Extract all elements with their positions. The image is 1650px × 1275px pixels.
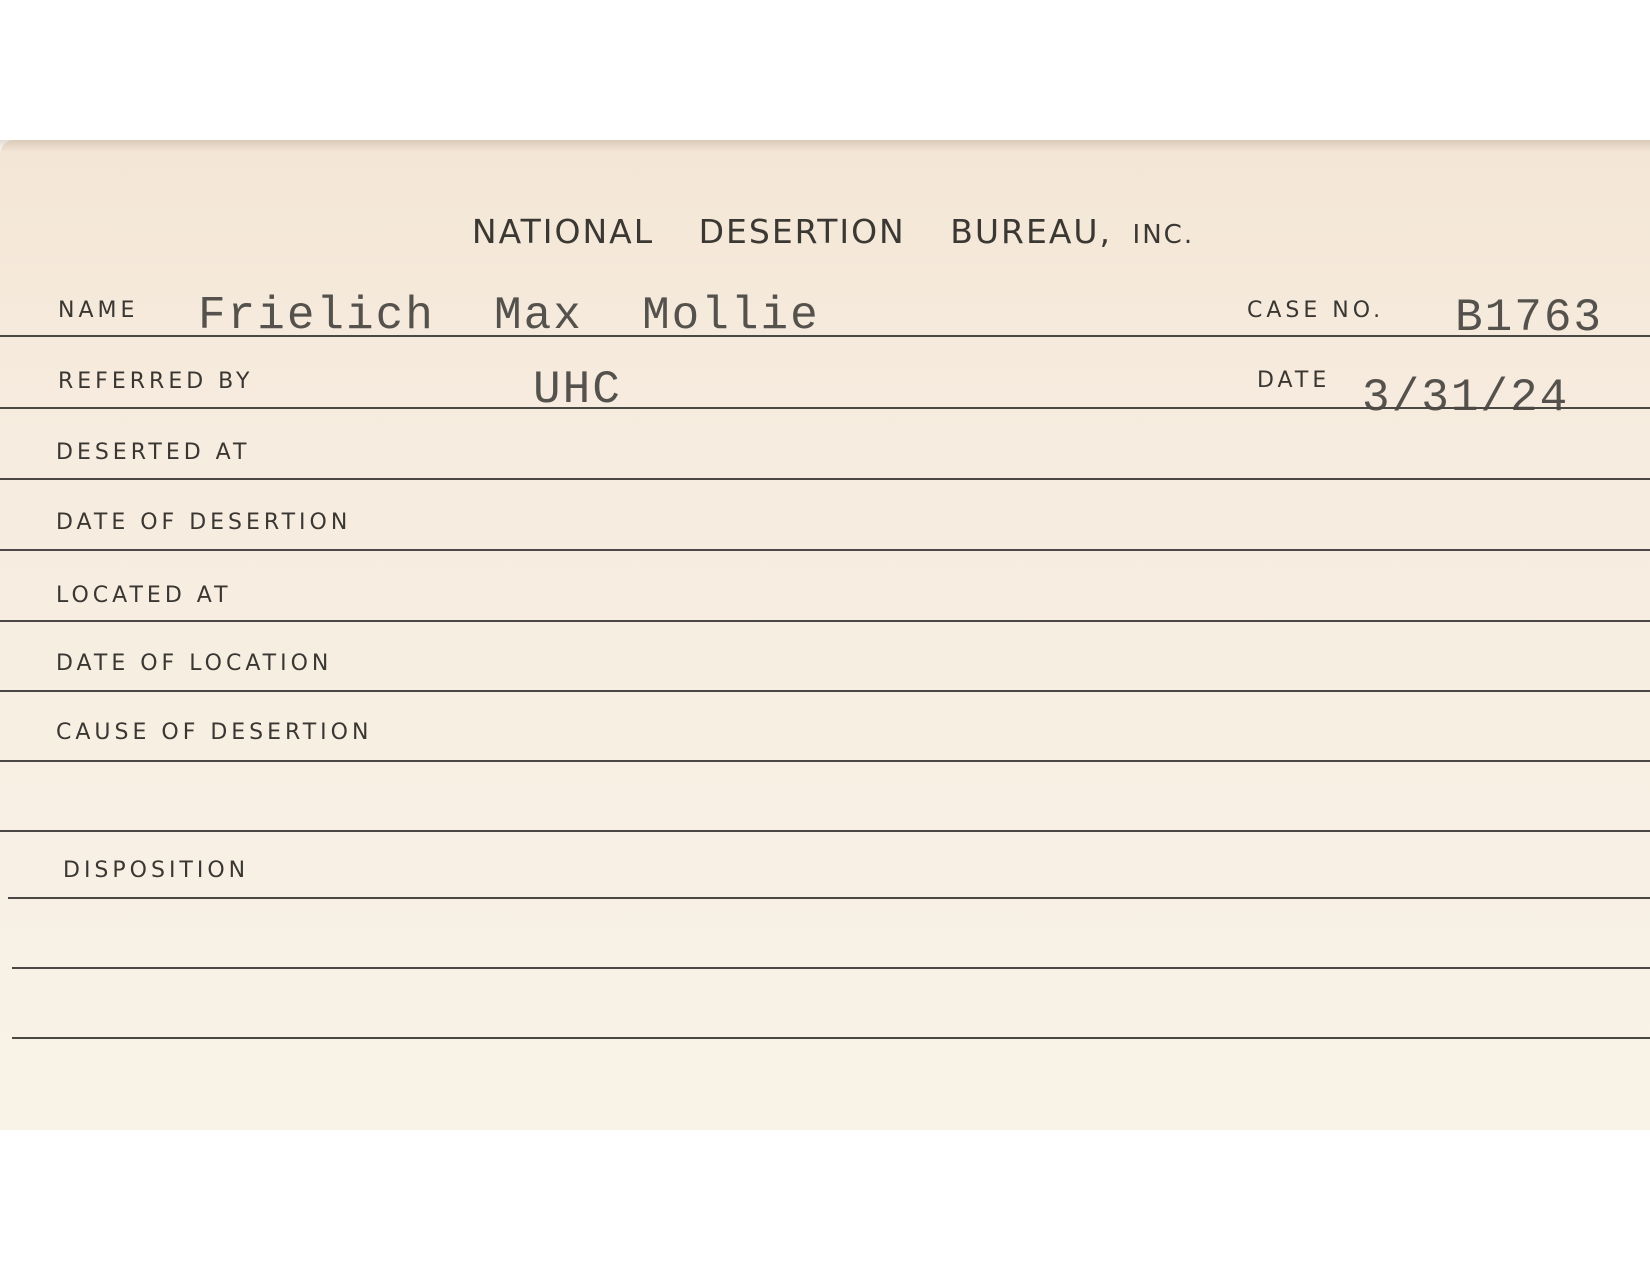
card-title: NATIONAL DESERTION BUREAU, INC. — [0, 212, 1650, 251]
disposition-rule — [8, 897, 1650, 899]
name-label: NAME — [58, 298, 138, 323]
index-card: NATIONAL DESERTION BUREAU, INC. NAME Fri… — [0, 140, 1650, 1130]
name-rule — [0, 335, 1650, 337]
title-word: DESERTION — [699, 212, 906, 251]
deserted-at-label: DESERTED AT — [56, 440, 250, 465]
title-word: BUREAU, — [950, 212, 1112, 251]
deserted-at-rule — [0, 478, 1650, 480]
cause-of-desertion-rule — [0, 760, 1650, 762]
blank-rule — [0, 830, 1650, 832]
date-of-location-rule — [0, 690, 1650, 692]
referred-by-label: REFERRED BY — [58, 369, 253, 394]
blank-rule — [12, 1037, 1650, 1039]
located-at-rule — [0, 620, 1650, 622]
case-no-label: CASE NO. — [1247, 298, 1384, 323]
date-of-location-label: DATE OF LOCATION — [56, 651, 332, 676]
date-label: DATE — [1257, 368, 1330, 393]
located-at-label: LOCATED AT — [56, 583, 232, 608]
cause-of-desertion-label: CAUSE OF DESERTION — [56, 720, 372, 745]
title-suffix: INC. — [1133, 220, 1195, 250]
referred-by-rule — [0, 407, 1650, 409]
date-of-desertion-label: DATE OF DESERTION — [56, 510, 351, 535]
blank-rule — [12, 967, 1650, 969]
date-value: 3/31/24 — [1362, 372, 1569, 424]
date-of-desertion-rule — [0, 549, 1650, 551]
title-word: NATIONAL — [472, 212, 654, 251]
disposition-label: DISPOSITION — [63, 858, 249, 883]
